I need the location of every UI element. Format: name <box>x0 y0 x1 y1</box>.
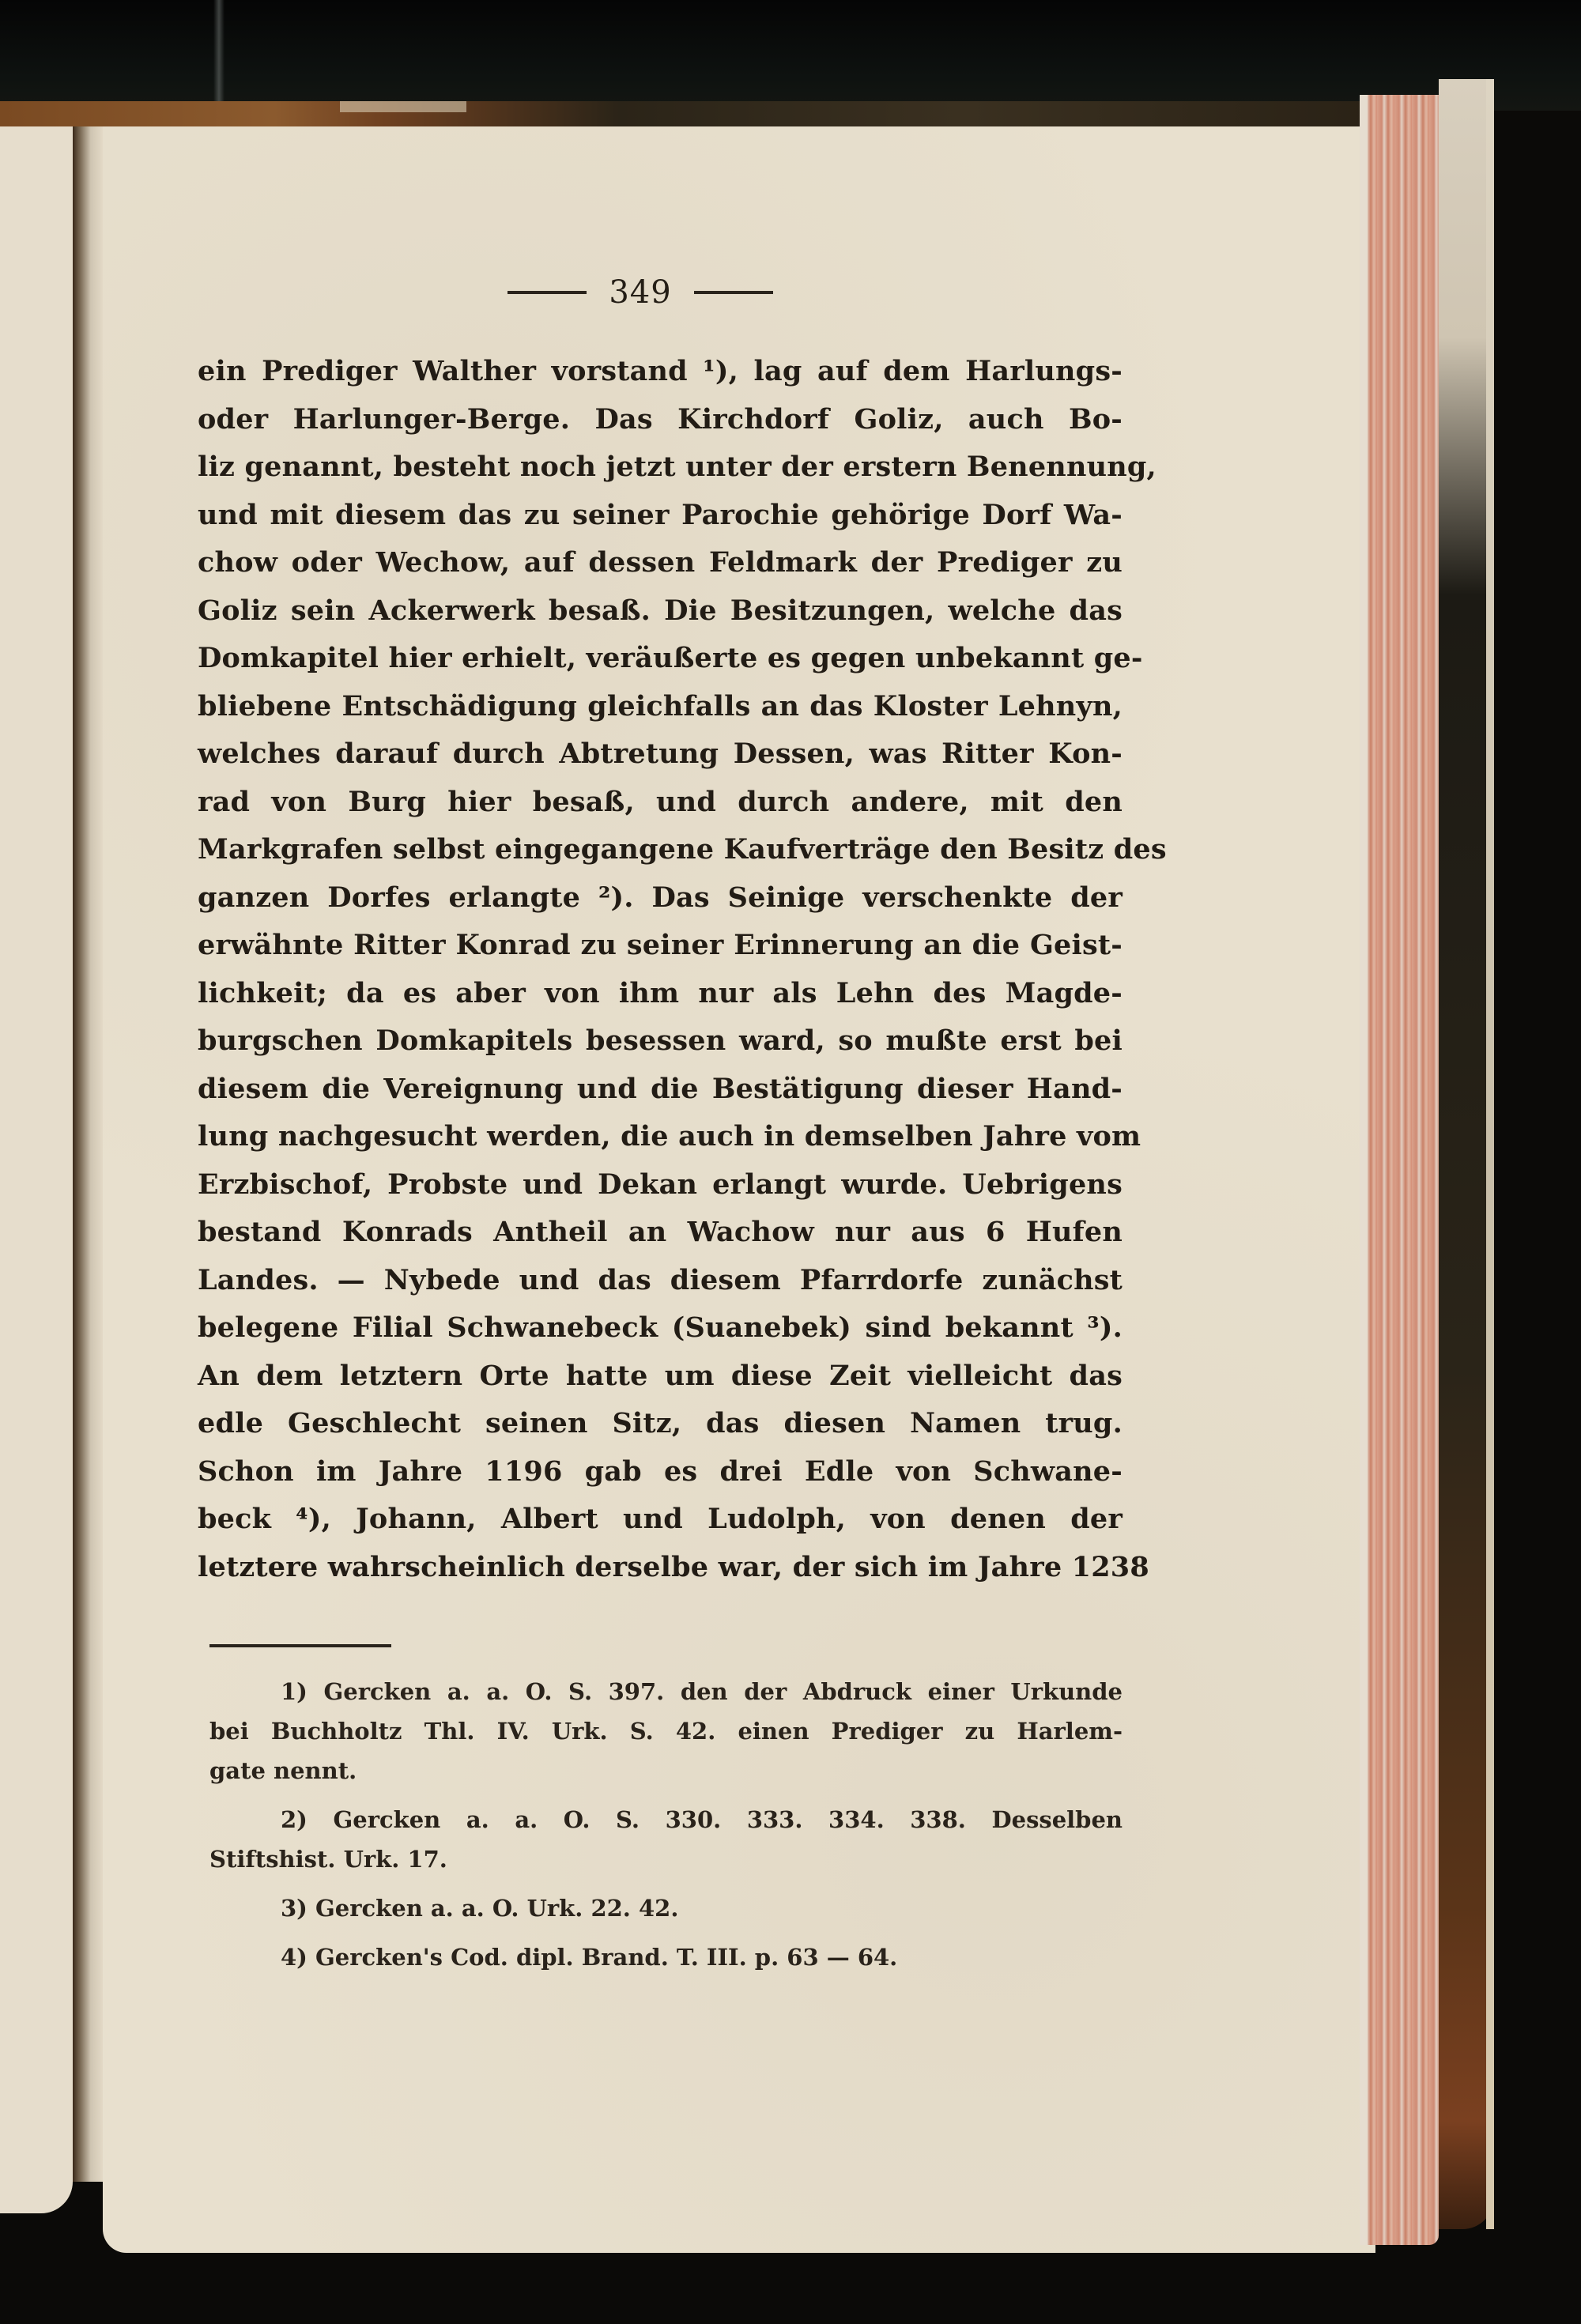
text-line: Landes. — Nybede und das diesem Pfarrdor… <box>198 1257 1123 1305</box>
text-line: belegene Filial Schwanebeck (Suanebek) s… <box>198 1304 1123 1353</box>
footnote-1: 1) Gercken a. a. O. S. 397. den der Abdr… <box>209 1672 1123 1790</box>
spine-highlight <box>213 0 225 111</box>
text-line: rad von Burg hier besaß, und durch ander… <box>198 779 1123 827</box>
text-line: Erzbischof, Probste und Dekan erlangt wu… <box>198 1161 1123 1209</box>
book-cover-edge <box>1439 79 1494 2229</box>
text-line: ein Prediger Walther vorstand ¹), lag au… <box>198 348 1123 396</box>
text-line: beck ⁴), Johann, Albert und Ludolph, von… <box>198 1496 1123 1544</box>
page-number: 349 <box>609 274 671 311</box>
left-page-edge <box>0 126 73 2213</box>
text-line: lichkeit; da es aber von ihm nur als Leh… <box>198 970 1123 1018</box>
page-header: 349 <box>490 269 790 316</box>
text-line: letztere wahrscheinlich derselbe war, de… <box>198 1544 1123 1592</box>
binding-tear <box>340 101 466 112</box>
text-line: diesem die Vereignung und die Bestätigun… <box>198 1066 1123 1114</box>
footnote-line: 4) Gercken's Cod. dipl. Brand. T. III. p… <box>209 1937 1123 1977</box>
text-line: burgschen Domkapitels besessen ward, so … <box>198 1017 1123 1066</box>
book-gutter <box>73 126 103 2182</box>
page-fore-edge <box>1360 95 1439 2245</box>
footnote-4: 4) Gercken's Cod. dipl. Brand. T. III. p… <box>209 1937 1123 1977</box>
footnotes: 1) Gercken a. a. O. S. 397. den der Abdr… <box>209 1672 1123 1977</box>
text-line: lung nachgesucht werden, die auch in dem… <box>198 1113 1123 1161</box>
book-cover-top <box>0 0 1581 111</box>
text-line: erwähnte Ritter Konrad zu seiner Erinner… <box>198 922 1123 970</box>
header-rule-right <box>694 291 773 294</box>
footnote-line: gate nennt. <box>209 1751 1123 1790</box>
text-line: liz genannt, besteht noch jetzt unter de… <box>198 443 1123 492</box>
footnote-line: Stiftshist. Urk. 17. <box>209 1839 1123 1879</box>
text-line: chow oder Wechow, auf dessen Feldmark de… <box>198 539 1123 587</box>
text-line: Goliz sein Ackerwerk besaß. Die Besitzun… <box>198 587 1123 636</box>
text-line: ganzen Dorfes erlangte ²). Das Seinige v… <box>198 874 1123 922</box>
footnote-line: bei Buchholtz Thl. IV. Urk. S. 42. einen… <box>209 1711 1123 1751</box>
text-line: bliebene Entschädigung gleichfalls an da… <box>198 683 1123 731</box>
header-rule-left <box>508 291 587 294</box>
body-text: ein Prediger Walther vorstand ¹), lag au… <box>198 348 1123 1591</box>
footnote-rule <box>209 1644 391 1647</box>
footnote-3: 3) Gercken a. a. O. Urk. 22. 42. <box>209 1888 1123 1928</box>
fore-edge-shade <box>1360 95 1368 2245</box>
footnote-line: 1) Gercken a. a. O. S. 397. den der Abdr… <box>209 1672 1123 1711</box>
text-line: oder Harlunger-Berge. Das Kirchdorf Goli… <box>198 396 1123 444</box>
text-line: Schon im Jahre 1196 gab es drei Edle von… <box>198 1448 1123 1496</box>
footnote-line: 3) Gercken a. a. O. Urk. 22. 42. <box>209 1888 1123 1928</box>
text-line: An dem letztern Orte hatte um diese Zeit… <box>198 1353 1123 1401</box>
text-line: und mit diesem das zu seiner Parochie ge… <box>198 492 1123 540</box>
footnote-2: 2) Gercken a. a. O. S. 330. 333. 334. 33… <box>209 1800 1123 1879</box>
binding-strip <box>0 101 1375 130</box>
text-line: edle Geschlecht seinen Sitz, das diesen … <box>198 1400 1123 1448</box>
cover-rim <box>1486 79 1494 2229</box>
text-line: Markgrafen selbst eingegangene Kaufvertr… <box>198 826 1123 874</box>
text-line: Domkapitel hier erhielt, veräußerte es g… <box>198 635 1123 683</box>
footnote-line: 2) Gercken a. a. O. S. 330. 333. 334. 33… <box>209 1800 1123 1839</box>
text-line: bestand Konrads Antheil an Wachow nur au… <box>198 1209 1123 1257</box>
text-line: welches darauf durch Abtretung Dessen, w… <box>198 730 1123 779</box>
